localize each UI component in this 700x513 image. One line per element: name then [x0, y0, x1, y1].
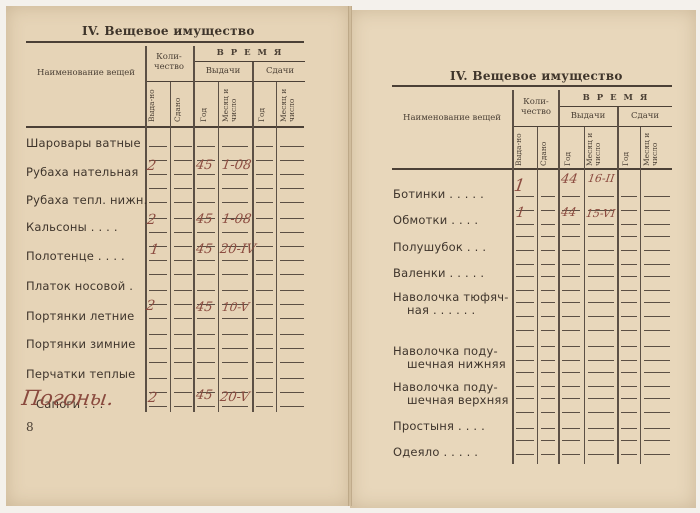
blank-entry-line: [256, 406, 273, 407]
blank-entry-line: [516, 276, 534, 277]
blank-entry-line: [644, 290, 670, 291]
blank-entry-line: [174, 202, 192, 203]
col-line: [512, 90, 514, 464]
blank-entry-line: [644, 412, 670, 413]
blank-entry-line: [562, 440, 580, 441]
right-item-7: Простыня . . . .: [393, 420, 485, 433]
blank-entry-line: [222, 146, 248, 147]
blank-entry-line: [562, 196, 580, 197]
blank-entry-line: [222, 348, 248, 349]
right-item-1: Обмотки . . . .: [393, 214, 478, 227]
blank-entry-line: [516, 250, 534, 251]
blank-entry-line: [256, 188, 273, 189]
blank-entry-line: [256, 304, 273, 305]
blank-entry-line: [174, 218, 192, 219]
blank-entry-line: [149, 232, 167, 233]
blank-entry-line: [256, 362, 273, 363]
blank-entry-line: [174, 160, 192, 161]
blank-entry-line: [562, 290, 580, 291]
header-return: Сдачи: [254, 66, 306, 76]
col-line: [640, 127, 641, 464]
hw-year-r0: 44: [560, 172, 579, 187]
blank-entry-line: [621, 398, 637, 399]
header-year: Год: [564, 130, 572, 166]
blank-entry-line: [588, 224, 614, 225]
blank-entry-line: [222, 260, 248, 261]
blank-entry-line: [588, 440, 614, 441]
blank-entry-line: [174, 392, 192, 393]
blank-entry-line: [588, 290, 614, 291]
blank-entry-line: [280, 188, 304, 189]
blank-entry-line: [280, 274, 304, 275]
blank-entry-line: [256, 290, 273, 291]
blank-entry-line: [174, 188, 192, 189]
blank-entry-line: [197, 260, 215, 261]
blank-entry-line: [541, 316, 555, 317]
blank-entry-line: [174, 348, 192, 349]
blank-entry-line: [197, 362, 215, 363]
hw-item-pogony: Погоны.: [20, 386, 115, 410]
blank-entry-line: [562, 236, 580, 237]
header-return: Сдачи: [618, 111, 672, 121]
header-rule: [195, 61, 305, 62]
blank-entry-line: [222, 378, 248, 379]
hw-date-9: 20-V: [219, 390, 250, 405]
blank-entry-line: [222, 290, 248, 291]
header-year-return: Год: [622, 130, 630, 166]
blank-entry-line: [588, 428, 614, 429]
blank-entry-line: [516, 196, 534, 197]
hw-date-1: 1-08: [221, 158, 252, 173]
blank-entry-line: [149, 406, 167, 407]
blank-entry-line: [541, 360, 555, 361]
blank-entry-line: [222, 202, 248, 203]
hw-date-r1: 15-VI: [585, 207, 616, 220]
blank-entry-line: [562, 302, 580, 303]
col-line: [558, 90, 560, 464]
blank-entry-line: [280, 202, 304, 203]
blank-entry-line: [541, 440, 555, 441]
blank-entry-line: [644, 440, 670, 441]
blank-entry-line: [588, 398, 614, 399]
hw-year-1: 45: [195, 158, 214, 173]
blank-entry-line: [588, 196, 614, 197]
blank-entry-line: [197, 174, 215, 175]
blank-entry-line: [516, 386, 534, 387]
blank-entry-line: [149, 378, 167, 379]
blank-entry-line: [562, 412, 580, 413]
blank-entry-line: [541, 210, 555, 211]
blank-entry-line: [644, 372, 670, 373]
blank-entry-line: [621, 428, 637, 429]
blank-entry-line: [588, 302, 614, 303]
blank-entry-line: [644, 276, 670, 277]
blank-entry-line: [644, 386, 670, 387]
blank-entry-line: [541, 302, 555, 303]
blank-entry-line: [541, 264, 555, 265]
blank-entry-line: [516, 454, 534, 455]
hw-year-r1: 44: [560, 205, 577, 219]
blank-entry-line: [541, 290, 555, 291]
blank-entry-line: [280, 146, 304, 147]
blank-entry-line: [280, 392, 304, 393]
blank-entry-line: [256, 174, 273, 175]
header-year-return: Год: [258, 86, 266, 122]
blank-entry-line: [174, 274, 192, 275]
blank-entry-line: [222, 362, 248, 363]
blank-entry-line: [541, 250, 555, 251]
hw-date-6: 10-V: [221, 300, 250, 314]
blank-entry-line: [280, 348, 304, 349]
book-spine: [348, 6, 352, 506]
header-name: Наименование вещей: [36, 68, 136, 78]
blank-entry-line: [644, 454, 670, 455]
blank-entry-line: [644, 210, 670, 211]
blank-entry-line: [256, 160, 273, 161]
blank-entry-line: [588, 316, 614, 317]
hw-date-r0: 16-II: [587, 172, 615, 185]
page-number: 8: [26, 420, 34, 434]
hw-date-4: 20-IV: [219, 242, 257, 257]
blank-entry-line: [541, 398, 555, 399]
blank-entry-line: [516, 224, 534, 225]
blank-entry-line: [516, 236, 534, 237]
header-issued: Выда-но: [515, 130, 523, 166]
blank-entry-line: [197, 232, 215, 233]
blank-entry-line: [621, 360, 637, 361]
blank-entry-line: [222, 406, 248, 407]
blank-entry-line: [174, 174, 192, 175]
blank-entry-line: [197, 378, 215, 379]
blank-entry-line: [256, 274, 273, 275]
blank-entry-line: [149, 188, 167, 189]
blank-entry-line: [621, 236, 637, 237]
blank-entry-line: [197, 188, 215, 189]
blank-entry-line: [621, 412, 637, 413]
left-item-6: Портянки летние: [26, 310, 134, 323]
blank-entry-line: [222, 232, 248, 233]
blank-entry-line: [174, 290, 192, 291]
blank-entry-line: [516, 428, 534, 429]
blank-entry-line: [256, 392, 273, 393]
blank-entry-line: [256, 348, 273, 349]
blank-entry-line: [644, 264, 670, 265]
blank-entry-line: [562, 276, 580, 277]
header-time: В Р Е М Я: [195, 48, 305, 58]
hw-year-6: 45: [195, 300, 214, 315]
blank-entry-line: [280, 406, 304, 407]
col-line: [617, 107, 619, 464]
right-item-5b: шечная нижняя: [407, 358, 506, 371]
blank-entry-line: [562, 346, 580, 347]
blank-entry-line: [644, 250, 670, 251]
blank-entry-line: [588, 346, 614, 347]
blank-entry-line: [541, 386, 555, 387]
blank-entry-line: [516, 440, 534, 441]
blank-entry-line: [174, 246, 192, 247]
blank-entry-line: [149, 202, 167, 203]
blank-entry-line: [588, 412, 614, 413]
header-quantity: Коли-чество: [514, 97, 558, 117]
left-item-3: Кальсоны . . . .: [26, 221, 118, 234]
blank-entry-line: [621, 386, 637, 387]
header-returned: Сдано: [540, 130, 548, 166]
blank-entry-line: [149, 318, 167, 319]
blank-entry-line: [621, 196, 637, 197]
hw-year-3: 45: [195, 212, 214, 227]
right-item-4b: ная . . . . . .: [407, 304, 475, 317]
hw-year-4: 45: [195, 242, 214, 257]
blank-entry-line: [562, 316, 580, 317]
blank-entry-line: [149, 146, 167, 147]
header-issue: Выдачи: [195, 66, 251, 76]
blank-entry-line: [197, 406, 215, 407]
header-name: Наименование вещей: [396, 113, 508, 123]
blank-entry-line: [174, 318, 192, 319]
blank-entry-line: [621, 250, 637, 251]
header-bottom-rule: [26, 126, 304, 128]
blank-entry-line: [256, 146, 273, 147]
title-rule: [392, 85, 672, 87]
header-bottom-rule: [392, 168, 672, 170]
blank-entry-line: [256, 218, 273, 219]
right-page-title: IV. Вещевое имущество: [450, 69, 623, 83]
blank-entry-line: [174, 146, 192, 147]
blank-entry-line: [174, 232, 192, 233]
blank-entry-line: [280, 218, 304, 219]
left-item-2: Рубаха тепл. нижн.: [26, 194, 147, 207]
blank-entry-line: [256, 246, 273, 247]
blank-entry-line: [256, 334, 273, 335]
blank-entry-line: [197, 202, 215, 203]
blank-entry-line: [280, 290, 304, 291]
header-issued: Выда-но: [148, 86, 156, 122]
header-time: В Р Е М Я: [560, 93, 672, 103]
right-item-2: Полушубок . . .: [393, 241, 486, 254]
blank-entry-line: [280, 362, 304, 363]
blank-entry-line: [256, 232, 273, 233]
blank-entry-line: [621, 224, 637, 225]
blank-entry-line: [174, 378, 192, 379]
blank-entry-line: [562, 264, 580, 265]
blank-entry-line: [222, 334, 248, 335]
blank-entry-line: [516, 302, 534, 303]
blank-entry-line: [588, 236, 614, 237]
blank-entry-line: [621, 372, 637, 373]
blank-entry-line: [541, 236, 555, 237]
hw-date-3: 1-08: [221, 212, 252, 227]
blank-entry-line: [516, 360, 534, 361]
blank-entry-line: [588, 372, 614, 373]
blank-entry-line: [541, 196, 555, 197]
right-item-3: Валенки . . . . .: [393, 267, 484, 280]
blank-entry-line: [256, 260, 273, 261]
blank-entry-line: [541, 346, 555, 347]
left-item-0: Шаровары ватные: [26, 137, 141, 150]
left-item-8: Перчатки теплые: [26, 368, 135, 381]
col-line: [584, 127, 585, 464]
col-line: [537, 127, 538, 464]
blank-entry-line: [280, 378, 304, 379]
blank-entry-line: [644, 330, 670, 331]
right-item-0: Ботинки . . . . .: [393, 188, 484, 201]
blank-entry-line: [621, 454, 637, 455]
header-year: Год: [200, 86, 208, 122]
col-line: [193, 46, 195, 412]
blank-entry-line: [197, 334, 215, 335]
col-line: [218, 82, 219, 412]
blank-entry-line: [516, 346, 534, 347]
blank-entry-line: [621, 276, 637, 277]
header-issue: Выдачи: [560, 111, 616, 121]
left-item-5: Платок носовой .: [26, 280, 133, 293]
blank-entry-line: [280, 160, 304, 161]
blank-entry-line: [197, 318, 215, 319]
blank-entry-line: [644, 236, 670, 237]
blank-entry-line: [588, 330, 614, 331]
blank-entry-line: [280, 174, 304, 175]
blank-entry-line: [256, 202, 273, 203]
blank-entry-line: [562, 330, 580, 331]
blank-entry-line: [149, 348, 167, 349]
header-quantity: Коли-чество: [147, 52, 191, 72]
blank-entry-line: [621, 264, 637, 265]
header-returned: Сдано: [174, 86, 182, 122]
blank-entry-line: [541, 412, 555, 413]
blank-entry-line: [222, 188, 248, 189]
blank-entry-line: [174, 334, 192, 335]
blank-entry-line: [197, 274, 215, 275]
blank-entry-line: [621, 316, 637, 317]
blank-entry-line: [621, 302, 637, 303]
blank-entry-line: [516, 290, 534, 291]
blank-entry-line: [621, 346, 637, 347]
blank-entry-line: [149, 290, 167, 291]
blank-entry-line: [644, 316, 670, 317]
blank-entry-line: [222, 318, 248, 319]
blank-entry-line: [197, 348, 215, 349]
left-item-7: Портянки зимние: [26, 338, 136, 351]
blank-entry-line: [621, 210, 637, 211]
blank-entry-line: [516, 398, 534, 399]
blank-entry-line: [588, 360, 614, 361]
hw-year-9: 45: [195, 388, 214, 403]
blank-entry-line: [516, 316, 534, 317]
blank-entry-line: [644, 428, 670, 429]
blank-entry-line: [149, 274, 167, 275]
blank-entry-line: [516, 264, 534, 265]
col-line: [276, 82, 277, 412]
blank-entry-line: [588, 264, 614, 265]
blank-entry-line: [562, 398, 580, 399]
blank-entry-line: [644, 346, 670, 347]
blank-entry-line: [588, 386, 614, 387]
blank-entry-line: [149, 362, 167, 363]
header-rule: [560, 106, 672, 107]
blank-entry-line: [562, 386, 580, 387]
blank-entry-line: [644, 224, 670, 225]
blank-entry-line: [280, 232, 304, 233]
col-line: [145, 46, 147, 412]
blank-entry-line: [541, 224, 555, 225]
blank-entry-line: [621, 330, 637, 331]
blank-entry-line: [541, 276, 555, 277]
blank-entry-line: [644, 398, 670, 399]
col-line: [170, 82, 171, 412]
blank-entry-line: [644, 360, 670, 361]
blank-entry-line: [588, 454, 614, 455]
blank-entry-line: [516, 412, 534, 413]
blank-entry-line: [149, 334, 167, 335]
blank-entry-line: [562, 454, 580, 455]
blank-entry-line: [280, 246, 304, 247]
blank-entry-line: [562, 428, 580, 429]
left-item-1: Рубаха нательная: [26, 166, 139, 179]
blank-entry-line: [516, 330, 534, 331]
blank-entry-line: [280, 318, 304, 319]
blank-entry-line: [197, 290, 215, 291]
blank-entry-line: [256, 318, 273, 319]
blank-entry-line: [174, 362, 192, 363]
blank-entry-line: [256, 378, 273, 379]
col-line: [252, 62, 254, 412]
blank-entry-line: [280, 334, 304, 335]
blank-entry-line: [562, 360, 580, 361]
header-month-day: Месяц и число: [222, 86, 248, 122]
blank-entry-line: [541, 428, 555, 429]
blank-entry-line: [516, 372, 534, 373]
blank-entry-line: [644, 302, 670, 303]
blank-entry-line: [222, 274, 248, 275]
blank-entry-line: [621, 290, 637, 291]
blank-entry-line: [588, 250, 614, 251]
header-month-day-return: Месяц и число: [280, 86, 306, 122]
blank-entry-line: [562, 372, 580, 373]
blank-entry-line: [621, 440, 637, 441]
blank-entry-line: [174, 304, 192, 305]
title-rule: [26, 41, 304, 43]
right-item-6b: шечная верхняя: [407, 394, 509, 407]
left-item-4: Полотенце . . . .: [26, 250, 125, 263]
blank-entry-line: [644, 196, 670, 197]
blank-entry-line: [280, 304, 304, 305]
header-month-day: Месяц и число: [586, 130, 612, 166]
blank-entry-line: [562, 224, 580, 225]
blank-entry-line: [541, 330, 555, 331]
blank-entry-line: [174, 260, 192, 261]
blank-entry-line: [222, 174, 248, 175]
blank-entry-line: [149, 174, 167, 175]
blank-entry-line: [149, 260, 167, 261]
blank-entry-line: [197, 146, 215, 147]
header-month-day-return: Месяц и число: [643, 130, 669, 166]
right-item-8: Одеяло . . . . .: [393, 446, 478, 459]
blank-entry-line: [562, 250, 580, 251]
blank-entry-line: [588, 276, 614, 277]
blank-entry-line: [174, 406, 192, 407]
blank-entry-line: [280, 260, 304, 261]
blank-entry-line: [541, 454, 555, 455]
blank-entry-line: [541, 372, 555, 373]
left-page-title: IV. Вещевое имущество: [82, 24, 255, 38]
